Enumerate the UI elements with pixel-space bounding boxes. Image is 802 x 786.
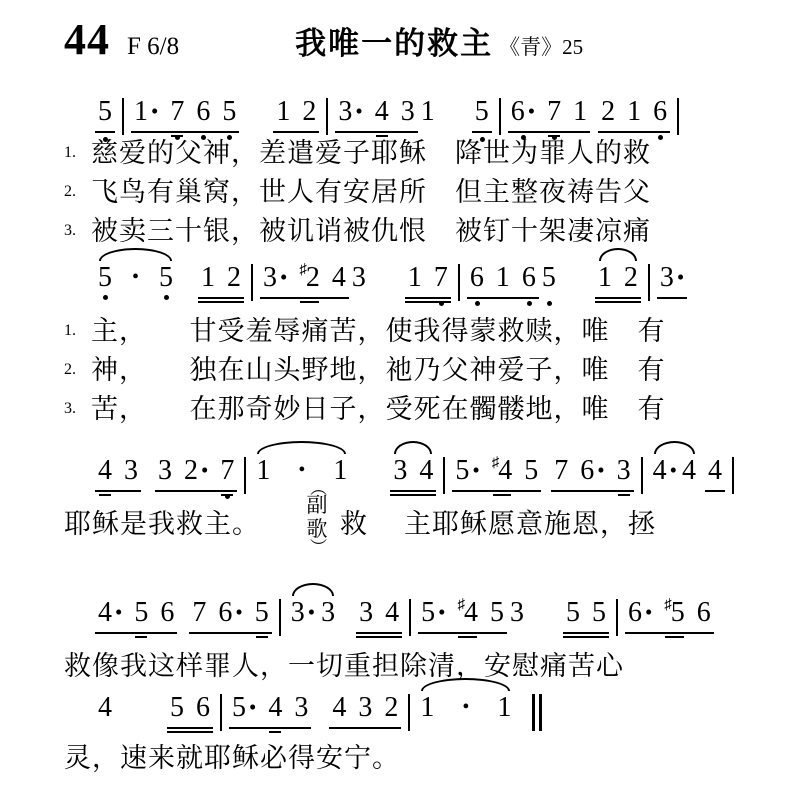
note: 6: [196, 693, 210, 723]
note-number: 1: [573, 97, 587, 127]
aug-dot: •: [280, 262, 287, 292]
note: 5: [170, 693, 184, 723]
note-number: 4: [332, 263, 346, 293]
note-number: 5: [592, 598, 606, 628]
beam-group: 76•5: [189, 598, 271, 634]
beam-group-tied: 34: [390, 456, 436, 492]
aug-dot-glyph: •: [132, 262, 139, 292]
note: 5•: [421, 598, 445, 628]
note: 6: [196, 97, 210, 127]
note-number: 4: [419, 456, 433, 486]
aug-dot: •: [201, 455, 208, 485]
note-number: 5: [566, 598, 580, 628]
note-number: 7: [547, 97, 561, 127]
chorus-marker-open-paren: （: [312, 479, 323, 496]
note-number: 7: [170, 97, 184, 127]
note-number: 4: [98, 456, 112, 486]
lyric-row-verse1-line1: 1. 慈爱的父神，差遣爱子耶稣 降世为罪人的救: [64, 135, 651, 171]
note: 2: [227, 263, 241, 293]
note-number: 3: [359, 598, 373, 628]
lyric-text: 救: [340, 506, 368, 542]
note-number: 6: [218, 598, 232, 628]
note: 5•: [455, 456, 479, 486]
note: 3•: [657, 263, 687, 299]
note-number: 2: [601, 97, 615, 127]
note-number: 6: [196, 97, 210, 127]
note-number: 1: [421, 97, 435, 127]
verse-number: 3.: [64, 391, 91, 427]
note-number: 3: [291, 598, 305, 628]
note-number: 2: [227, 263, 241, 293]
beam-group-tied: 12: [595, 263, 641, 299]
music-line-4: 4•5676•53•3345•♯453556•♯56: [95, 598, 714, 650]
lyric-text: 灵，速来就耶稣必得安宁。: [64, 740, 400, 776]
note: 4: [682, 456, 696, 486]
beam-group: 616: [467, 263, 539, 299]
hymn-sheet-page: 44 F 6/8 我唯一的救主 《青》25 51•765123•43156•71…: [0, 0, 802, 786]
note: 7: [192, 598, 206, 628]
note: 1•: [134, 97, 158, 127]
note-number: 4: [385, 598, 399, 628]
note-number: 5: [421, 598, 435, 628]
aug-dot: •: [670, 455, 677, 485]
note: 6: [470, 263, 484, 293]
beam-group: 216: [598, 97, 670, 133]
music-line-3: 4332•71•1345•♯4576•34•44: [95, 456, 741, 508]
note-number: 5: [159, 263, 173, 293]
note-number: 1: [276, 97, 290, 127]
note-number: 1: [420, 693, 434, 723]
note-number: 6: [522, 263, 536, 293]
lyric-text: 主， 甘受羞辱痛苦，使我得蒙救赎，唯 有: [91, 313, 666, 349]
beam-group: 6•♯56: [625, 598, 714, 634]
note: 3: [401, 97, 415, 127]
note: 4: [268, 693, 282, 723]
barline: [443, 457, 445, 494]
note-number: 3: [393, 456, 407, 486]
note-number: 5: [98, 263, 112, 293]
note: 7: [554, 456, 568, 486]
lyric-text: 被卖三十银，被讥诮被仇恨 被钉十架凄凉痛: [91, 213, 651, 249]
note: 5: [566, 598, 580, 628]
note-number: 6: [511, 97, 525, 127]
lyric-text: 救像我这样罪人，一切重担除清，安慰痛苦心: [64, 648, 624, 684]
aug-dot-glyph: •: [298, 455, 305, 485]
note: 5: [592, 598, 606, 628]
note-number: 3: [617, 456, 631, 486]
note-number: 5: [232, 693, 246, 723]
note: 6•: [218, 598, 242, 628]
hymn-source-ref: 《青》25: [499, 31, 583, 61]
note-number: 1: [408, 263, 422, 293]
barline: [677, 98, 679, 135]
barline: [279, 599, 281, 636]
aug-dot: •: [462, 693, 469, 723]
beam-group: 12: [273, 97, 319, 133]
note-number: 2: [306, 263, 320, 293]
note: 5: [539, 263, 559, 293]
note-number: 5: [222, 97, 236, 127]
aug-dot: •: [115, 597, 122, 627]
note: 2: [624, 263, 638, 293]
barline: [616, 599, 618, 636]
note-number: 1: [333, 456, 347, 486]
note: 3: [393, 456, 407, 486]
note: 6•: [511, 97, 535, 127]
lyric-text: 飞鸟有巢窝，世人有安居所 但主整夜祷告父: [91, 174, 651, 210]
note: 4•: [98, 598, 122, 628]
note: 3: [507, 598, 527, 628]
note-number: 4: [653, 456, 667, 486]
beam-group: 5•♯45: [452, 456, 541, 492]
note-number: 4: [268, 693, 282, 723]
note-number: 6: [653, 97, 667, 127]
note: 3: [294, 693, 308, 723]
aug-dot: •: [438, 597, 445, 627]
barline: [326, 98, 328, 135]
note: 1: [256, 456, 270, 486]
chorus-marker-char: 副: [307, 493, 328, 517]
note: 2: [302, 97, 316, 127]
note-number: 7: [192, 598, 206, 628]
lyric-row-verse1-line2: 1. 主， 甘受羞辱痛苦，使我得蒙救赎，唯 有: [64, 313, 666, 349]
note: 3•: [338, 97, 362, 127]
note-number: 3: [401, 97, 415, 127]
note: 4: [705, 456, 725, 492]
lyric-row-chorus-line2: 救像我这样罪人，一切重担除清，安慰痛苦心: [64, 648, 624, 684]
note: ♯4: [492, 456, 513, 486]
note: 1: [276, 97, 290, 127]
note: 4: [419, 456, 433, 486]
aug-dot: •: [132, 263, 139, 293]
lyric-row-chorus-line3: 灵，速来就耶稣必得安宁。: [64, 740, 400, 776]
note-number: 3: [352, 263, 366, 293]
key-time-signature: F 6/8: [127, 33, 179, 61]
lyric-text: 慈爱的父神，差遣爱子耶稣 降世为罪人的救: [91, 135, 651, 171]
note-number: 3: [358, 693, 372, 723]
lyric-row-verse3-line1: 3. 被卖三十银，被讥诮被仇恨 被钉十架凄凉痛: [64, 213, 651, 249]
note: 1: [418, 97, 438, 127]
note: 7: [434, 263, 448, 293]
note-number: 3: [263, 263, 277, 293]
beam-group: 12: [198, 263, 244, 299]
note-number: 5: [671, 598, 685, 628]
note: 3•: [291, 598, 315, 628]
beam-group: 3•43: [335, 97, 417, 133]
note-number: 4: [464, 598, 478, 628]
note: 4: [332, 693, 346, 723]
note: 3: [349, 263, 369, 293]
beam-group: 4•56: [95, 598, 177, 634]
beam-group: 34: [356, 598, 402, 634]
note: 3: [158, 456, 172, 486]
note: 3•: [263, 263, 287, 293]
note-number: 4: [498, 456, 512, 486]
note: 2: [601, 97, 615, 127]
lyric-row-verse2-line2: 2. 神， 独在山头野地，祂乃父神爱子，唯 有: [64, 352, 666, 388]
note-number: 2: [302, 97, 316, 127]
note: 2•: [184, 456, 208, 486]
barline: [499, 98, 501, 135]
note: ♯2: [299, 263, 320, 293]
music-line-5: 4565•434321•1: [95, 693, 542, 745]
note: 5: [95, 97, 115, 133]
note: 5: [490, 598, 504, 628]
beam-group: 6•71: [508, 97, 590, 133]
note: 1: [333, 456, 347, 486]
aug-dot: •: [677, 262, 684, 292]
note-number: 7: [220, 456, 234, 486]
note-number: 4: [682, 456, 696, 486]
note: 1: [201, 263, 215, 293]
note: 1: [496, 263, 510, 293]
beam-group: 55: [563, 598, 609, 634]
note: 7: [170, 97, 184, 127]
note-number: 7: [554, 456, 568, 486]
note: ♯5: [664, 598, 685, 628]
final-barline: [532, 694, 542, 731]
aug-dot: •: [528, 96, 535, 126]
note: 1: [420, 693, 434, 723]
note: 1: [497, 693, 511, 723]
sharp-icon: ♯: [299, 255, 307, 285]
hymn-number: 44: [64, 14, 110, 65]
aug-dot: •: [355, 96, 362, 126]
beam-group: 1•765: [131, 97, 239, 133]
barline: [409, 599, 411, 636]
note: 5: [255, 598, 269, 628]
note-number: 3: [321, 598, 335, 628]
note: 6•: [580, 456, 604, 486]
note-number: 5: [524, 456, 538, 486]
aug-dot: •: [308, 597, 315, 627]
barline: [122, 98, 124, 135]
note-number: 1: [598, 263, 612, 293]
note-number: 6: [697, 598, 711, 628]
note: 6: [653, 97, 667, 127]
note-number: 5: [170, 693, 184, 723]
note-number: 1: [627, 97, 641, 127]
beam-group-tied: 3•3: [288, 598, 338, 632]
verse-number: 1.: [64, 313, 91, 349]
note: 5: [98, 263, 112, 293]
music-line-2: 5•5123•♯243176165123•: [95, 263, 687, 315]
note-number: 7: [434, 263, 448, 293]
note: 3: [321, 598, 335, 628]
note: 1: [408, 263, 422, 293]
note-number: 6: [470, 263, 484, 293]
hymn-title: 我唯一的救主: [295, 18, 493, 63]
lyric-text: 主耶稣愿意施恩，拯: [404, 506, 656, 542]
beam-group-tied: 5•5: [95, 263, 176, 297]
aug-dot: •: [235, 597, 242, 627]
sharp-icon: ♯: [492, 448, 500, 478]
note: 4: [98, 456, 112, 486]
note-number: 3: [294, 693, 308, 723]
note-number: 5: [455, 456, 469, 486]
note: 6: [697, 598, 711, 628]
beam-group: 432: [329, 693, 401, 729]
aug-dot: •: [645, 597, 652, 627]
note-number: 3: [124, 456, 138, 486]
note: 5: [472, 97, 492, 133]
barline: [244, 457, 246, 494]
chorus-marker: （ 副 歌 ）: [302, 482, 332, 552]
note-number: 1: [496, 263, 510, 293]
beam-group: 5•♯45: [418, 598, 507, 634]
note-number: 3: [338, 97, 352, 127]
barline: [732, 457, 734, 494]
aug-dot: •: [597, 455, 604, 485]
note-number: 1: [497, 693, 511, 723]
beam-group: 17: [405, 263, 451, 299]
note-number: 4: [332, 693, 346, 723]
beam-group-tied: 1•1: [417, 693, 514, 727]
note: 3: [358, 693, 372, 723]
note-number: 6: [196, 693, 210, 723]
lyric-row-verse3-line2: 3. 苦， 在那奇妙日子，受死在髑髅地，唯 有: [64, 391, 666, 427]
note-number: 5: [475, 97, 489, 127]
note: 4•: [653, 456, 677, 486]
verse-number: 2.: [64, 174, 91, 210]
note: 6: [160, 598, 174, 628]
note: 5: [222, 97, 236, 127]
aug-dot: •: [472, 455, 479, 485]
note-number: 1: [134, 97, 148, 127]
barline: [408, 694, 410, 731]
note-number: 2: [624, 263, 638, 293]
header: 44 F 6/8 我唯一的救主 《青》25: [64, 14, 583, 65]
note-number: 4: [98, 598, 112, 628]
note: 6: [522, 263, 536, 293]
note: 5: [134, 598, 148, 628]
note-number: 6: [160, 598, 174, 628]
verse-number: 2.: [64, 352, 91, 388]
note: 4: [95, 693, 115, 723]
note: 5: [159, 263, 173, 293]
lyric-text: 苦， 在那奇妙日子，受死在髑髅地，唯 有: [91, 391, 666, 427]
note-number: 1: [256, 456, 270, 486]
lyric-row-chorus: 耶稣是我救主。 （ 副 歌 ） 救 主耶稣愿意施恩，拯: [64, 506, 656, 552]
note: 4: [375, 97, 389, 127]
barline: [220, 694, 222, 731]
barline: [251, 264, 253, 301]
barline: [641, 457, 643, 494]
chorus-marker-close-paren: ）: [312, 538, 323, 555]
lyric-text: 耶稣是我救主。: [64, 506, 260, 542]
note: 3: [124, 456, 138, 486]
lyric-row-verse2-line1: 2. 飞鸟有巢窝，世人有安居所 但主整夜祷告父: [64, 174, 651, 210]
sharp-icon: ♯: [457, 590, 465, 620]
beam-group: 43: [95, 456, 141, 492]
sharp-icon: ♯: [664, 590, 672, 620]
note-number: 6: [628, 598, 642, 628]
note: 7: [220, 456, 234, 486]
note-number: 5: [255, 598, 269, 628]
note-number: 4: [708, 456, 722, 486]
note-number: 3: [158, 456, 172, 486]
note-number: 5: [542, 263, 556, 293]
note: 3: [359, 598, 373, 628]
aug-dot: •: [151, 96, 158, 126]
note: 3: [617, 456, 631, 486]
note: 4: [385, 598, 399, 628]
note: 5•: [232, 693, 256, 723]
note-number: 2: [184, 456, 198, 486]
verse-number: 3.: [64, 213, 91, 249]
beam-group: 3•♯24: [260, 263, 349, 299]
beam-group: 32•7: [155, 456, 237, 492]
note-number: 1: [201, 263, 215, 293]
aug-dot-glyph: •: [462, 692, 469, 722]
aug-dot: •: [249, 692, 256, 722]
verse-number: 1.: [64, 135, 91, 171]
beam-group: 56: [167, 693, 213, 729]
note: 4: [332, 263, 346, 293]
note-number: 5: [490, 598, 504, 628]
note: 1: [598, 263, 612, 293]
note-number: 3: [510, 598, 524, 628]
note-number: 3: [660, 263, 674, 293]
note: 5: [524, 456, 538, 486]
lyric-text: 神， 独在山头野地，祂乃父神爱子，唯 有: [91, 352, 666, 388]
note: 7: [547, 97, 561, 127]
barline: [648, 264, 650, 301]
beam-group-tied: 4•4: [650, 456, 699, 490]
beam-group: 76•3: [551, 456, 633, 492]
note: 2: [384, 693, 398, 723]
beam-group: 5•43: [229, 693, 311, 729]
note-number: 4: [98, 693, 112, 723]
note-number: 5: [98, 97, 112, 127]
note-number: 5: [134, 598, 148, 628]
note: ♯4: [457, 598, 478, 628]
note: 1: [627, 97, 641, 127]
note-number: 4: [375, 97, 389, 127]
barline: [458, 264, 460, 301]
note: 1: [573, 97, 587, 127]
note: 6•: [628, 598, 652, 628]
note-number: 6: [580, 456, 594, 486]
note-number: 2: [384, 693, 398, 723]
